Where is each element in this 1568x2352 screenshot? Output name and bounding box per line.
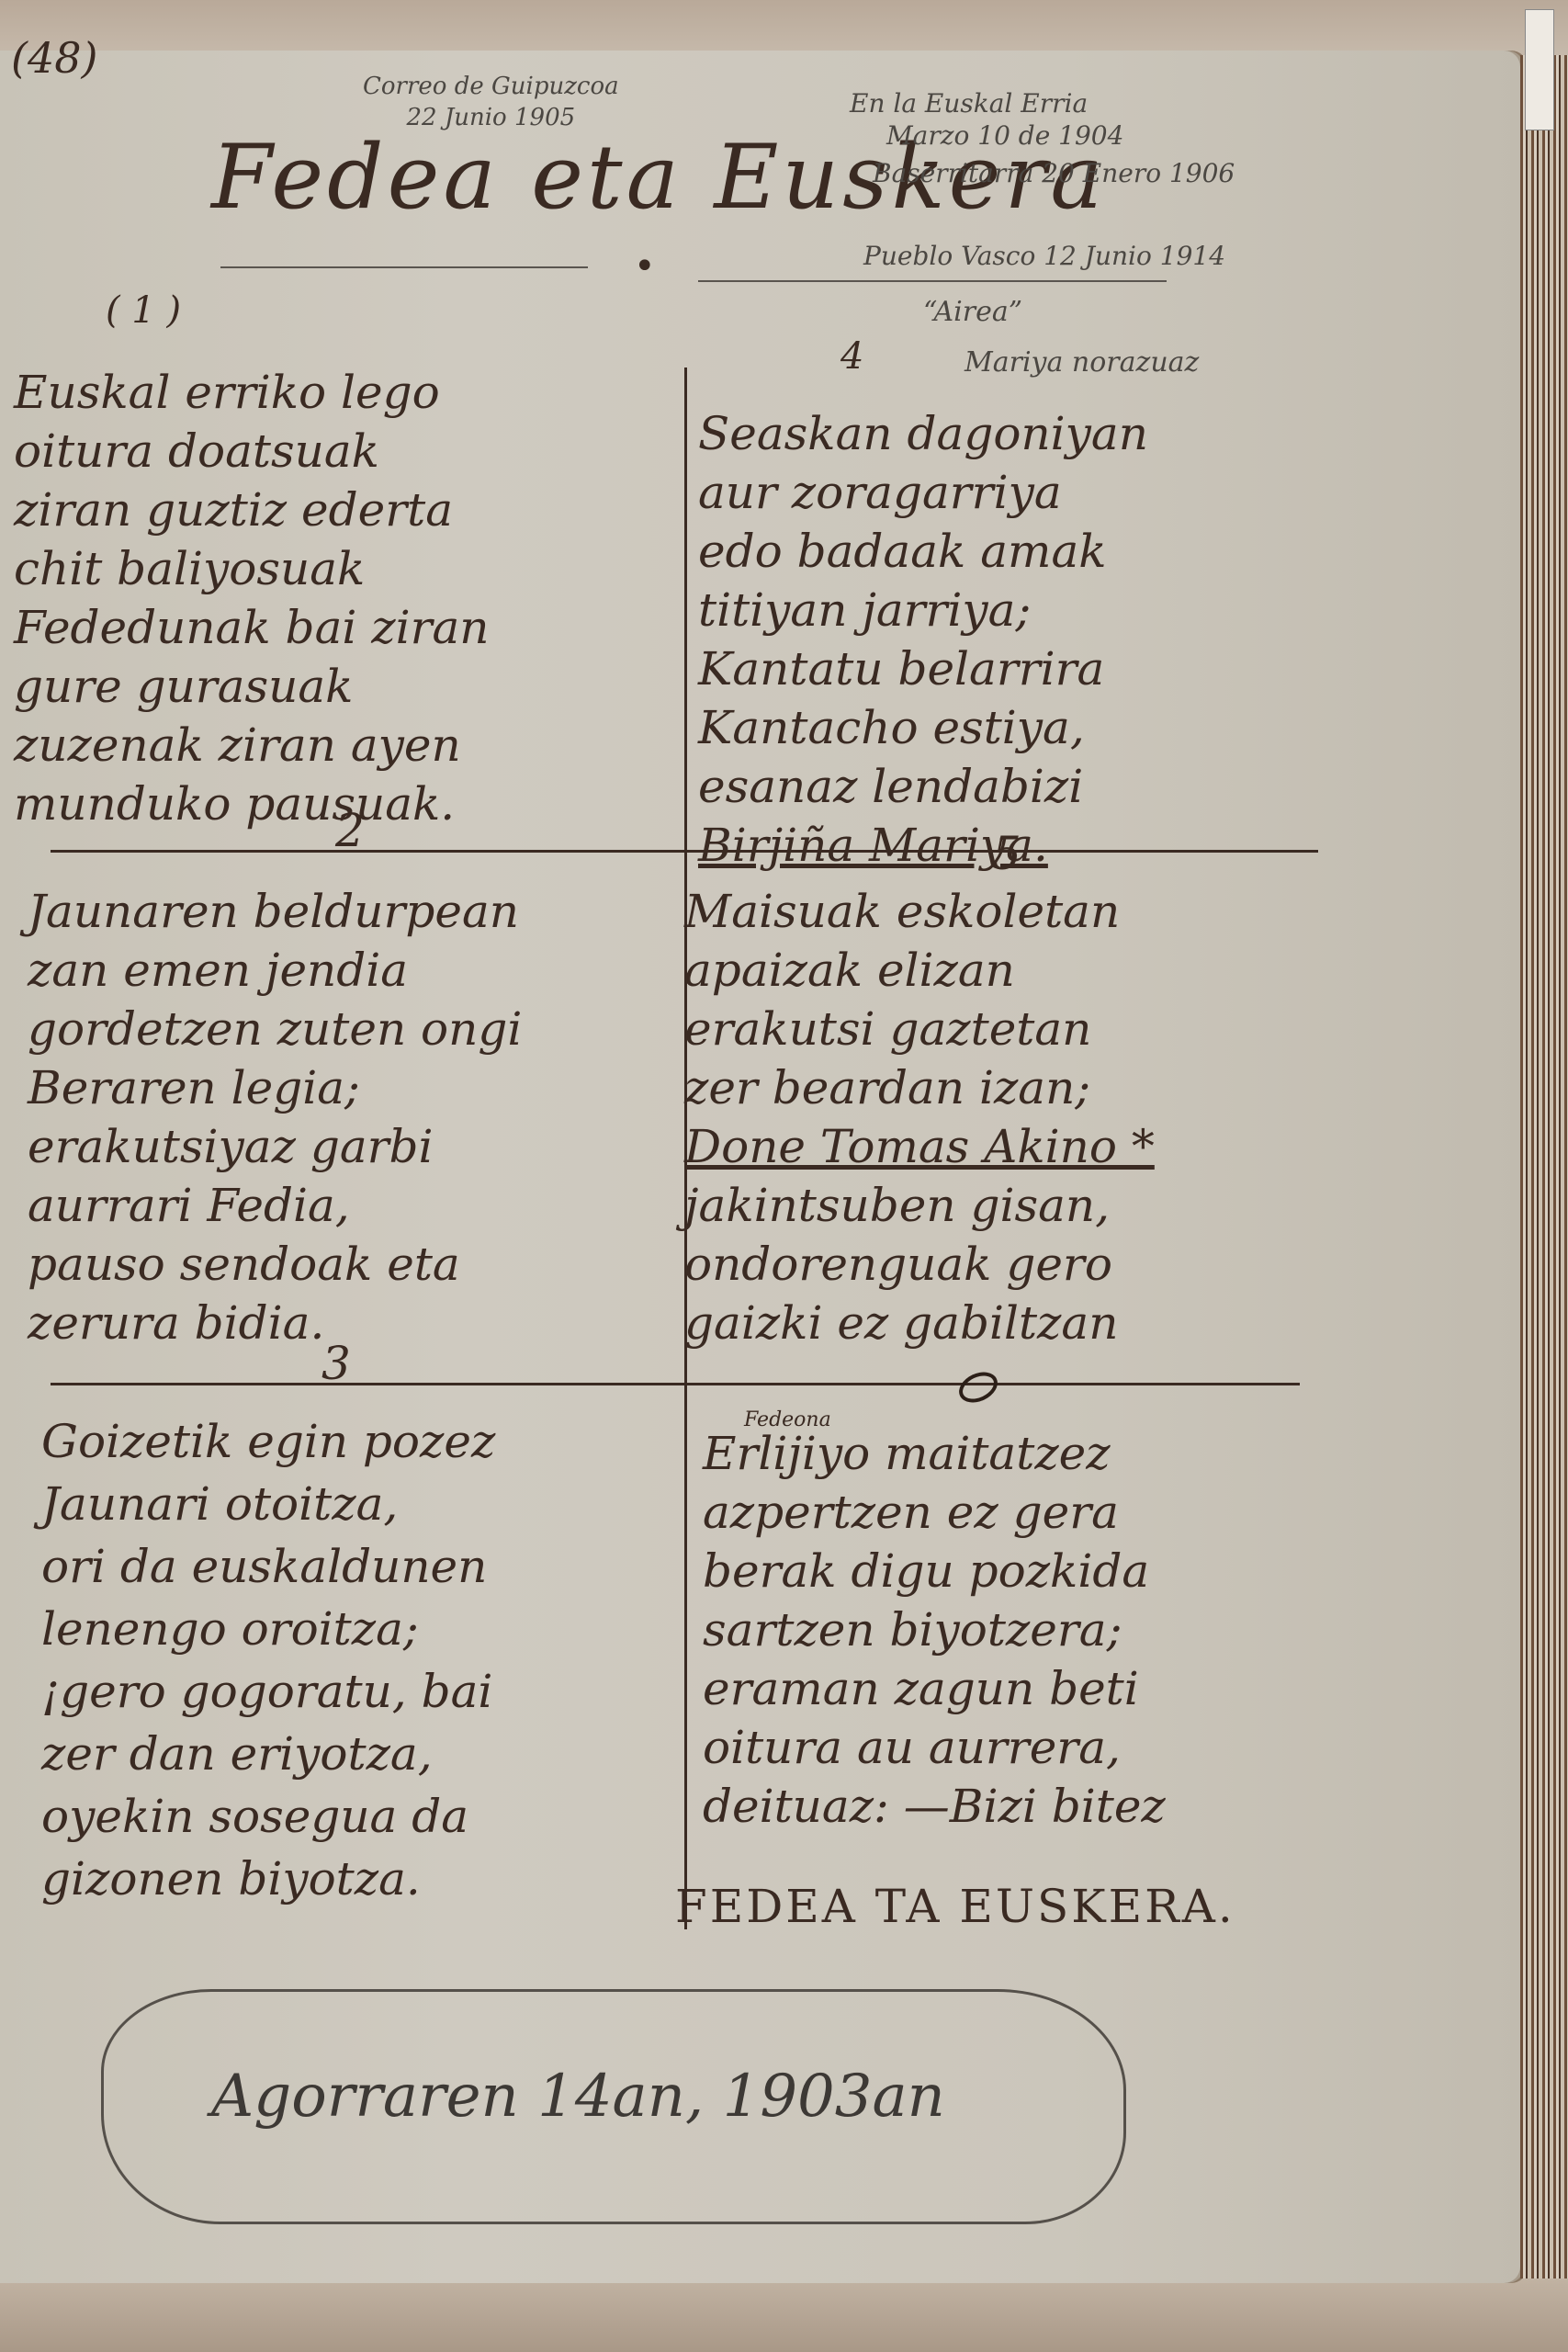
stanza-line: Goizetik egin pozez xyxy=(41,1410,495,1473)
note-euskal-erria: En la Euskal Erria Marzo 10 de 1904 xyxy=(850,87,1123,152)
stanza-2: Jaunaren beldurpean zan emen jendia gord… xyxy=(28,882,522,1352)
stanza-line: ori da euskaldunen xyxy=(41,1535,495,1598)
stanza-line: zuzenak ziran ayen xyxy=(14,716,490,775)
note-airea-tune: Mariya norazuaz xyxy=(964,349,1199,377)
note-correo-line1: Correo de Guipuzcoa xyxy=(363,72,619,103)
stanza-line: lenengo oroitza; xyxy=(41,1598,495,1660)
stanza-line: berak digu pozkida xyxy=(703,1542,1166,1600)
stanza-line: gaizki ez gabiltzan xyxy=(684,1294,1155,1352)
stanza-line: oitura au aurrera, xyxy=(703,1718,1166,1777)
stanza-line: gure gurasuak xyxy=(14,657,490,716)
stanza-line: sartzen biyotzera; xyxy=(703,1600,1166,1659)
stanza-line: erakutsi gaztetan xyxy=(684,1000,1155,1058)
stanza-line: oyekin sosegua da xyxy=(41,1785,495,1848)
stanza-line: oitura doatsuak xyxy=(14,422,490,481)
note-euskal-line1: En la Euskal Erria xyxy=(850,87,1123,119)
stanza-line: esanaz lendabizi xyxy=(698,757,1148,816)
stanza-line: Euskal erriko lego xyxy=(14,363,490,422)
stanza-line: ziran guztiz ederta xyxy=(14,481,490,539)
stanza-line: jakintsuben gisan, xyxy=(684,1176,1155,1235)
stanza-line: chit baliyosuak xyxy=(14,539,490,598)
stanza-line: Birjiña Mariya. xyxy=(698,816,1148,875)
stanza-line: erakutsiyaz garbi xyxy=(28,1117,522,1176)
page-number: (48) xyxy=(11,37,97,79)
note-correo-line2: 22 Junio 1905 xyxy=(363,103,619,134)
stanza-line: apaizak elizan xyxy=(684,941,1155,1000)
stanza-line: Maisuak eskoletan xyxy=(684,882,1155,941)
stanza-line: deituaz: —Bizi bitez xyxy=(703,1777,1166,1836)
stanza-5: Maisuak eskoletan apaizak elizan erakuts… xyxy=(684,882,1155,1352)
note-pueblo-vasco: Pueblo Vasco 12 Junio 1914 xyxy=(863,243,1225,269)
stanza-line: gordetzen zuten ongi xyxy=(28,1000,522,1058)
stanza-line: Kantatu belarrira xyxy=(698,639,1148,698)
stanza-line: Kantacho estiya, xyxy=(698,698,1148,757)
stanza-line: Erlijiyo maitatzez xyxy=(703,1424,1166,1483)
stanza-4: Seaskan dagoniyan aur zoragarriya edo ba… xyxy=(698,404,1148,875)
stanza-line: aur zoragarriya xyxy=(698,463,1148,522)
stanza-line: Done Tomas Akino * xyxy=(684,1117,1155,1176)
title-underline xyxy=(220,266,588,268)
stanza-number-4: 4 xyxy=(840,335,863,378)
stanza-1: Euskal erriko lego oitura doatsuak ziran… xyxy=(14,363,490,833)
stanza-line: ¡gero gogoratu, bai xyxy=(41,1660,495,1723)
stanza-3: Goizetik egin pozez Jaunari otoitza, ori… xyxy=(41,1410,495,1910)
stanza-line: zer beardan izan; xyxy=(684,1058,1155,1117)
stanza-line: zerura bidia. xyxy=(28,1294,522,1352)
row-divider-2 xyxy=(51,1383,1300,1385)
stanza-6: Erlijiyo maitatzez azpertzen ez gera ber… xyxy=(703,1424,1166,1836)
stanza-line: Fededunak bai ziran xyxy=(14,598,490,657)
stanza-line: Jaunaren beldurpean xyxy=(28,882,522,941)
stanza-line: aurrari Fedia, xyxy=(28,1176,522,1235)
title-underline-2 xyxy=(698,280,1167,282)
bookmark-slip xyxy=(1525,9,1554,130)
stanza-line: munduko pausuak. xyxy=(14,775,490,833)
title-dot: • xyxy=(634,248,656,285)
stanza-line: Jaunari otoitza, xyxy=(41,1473,495,1535)
note-airea: “Airea” xyxy=(923,299,1022,326)
stanza-line: titiyan jarriya; xyxy=(698,581,1148,639)
stanza-line: eraman zagun beti xyxy=(703,1659,1166,1718)
stanza-line: zer dan eriyotza, xyxy=(41,1723,495,1785)
stanza-line: zan emen jendia xyxy=(28,941,522,1000)
note-baserritarra: Baserritarra 20 Enero 1906 xyxy=(873,161,1235,187)
stanza-line: pauso sendoak eta xyxy=(28,1235,522,1294)
stanza-line: Seaskan dagoniyan xyxy=(698,404,1148,463)
stanza-line: azpertzen ez gera xyxy=(703,1483,1166,1542)
stanza-line: gizonen biyotza. xyxy=(41,1848,495,1910)
stanza-line: edo badaak amak xyxy=(698,522,1148,581)
stanza-line: ondorenguak gero xyxy=(684,1235,1155,1294)
note-correo-de-guipuzcoa: Correo de Guipuzcoa 22 Junio 1905 xyxy=(363,72,619,134)
stanza-line: Beraren legia; xyxy=(28,1058,522,1117)
signature-date: Agorraren 14an, 1903an xyxy=(211,2067,945,2126)
closing-line: FEDEA TA EUSKERA. xyxy=(675,1883,1235,1929)
stanza-number-1: ( 1 ) xyxy=(106,289,181,332)
page-stack-edges xyxy=(1520,55,1568,2278)
note-euskal-line2: Marzo 10 de 1904 xyxy=(850,119,1123,152)
